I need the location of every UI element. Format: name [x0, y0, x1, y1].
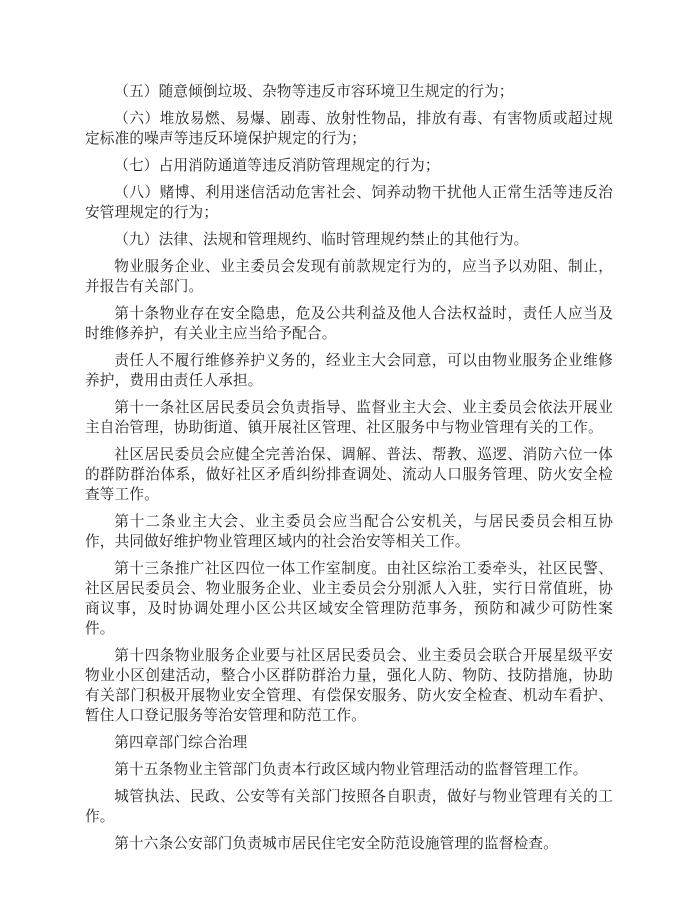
paragraph: 第十五条物业主管部门负责本行政区域内物业管理活动的监督管理工作。 [85, 760, 613, 780]
paragraph: 第十四条物业服务企业要与社区居民委员会、业主委员会联合开展星级平安物业小区创建活… [85, 646, 613, 726]
paragraph: （五）随意倾倒垃圾、杂物等违反市容环境卫生规定的行为； [85, 82, 613, 102]
paragraph: （七）占用消防通道等违反消防管理规定的行为； [85, 156, 613, 176]
paragraph: （九）法律、法规和管理规约、临时管理规约禁止的其他行为。 [85, 230, 613, 250]
paragraph: 第十二条业主大会、业主委员会应当配合公安机关，与居民委员会相互协作，共同做好维护… [85, 512, 613, 552]
paragraph: 城管执法、民政、公安等有关部门按照各自职责，做好与物业管理有关的工作。 [85, 787, 613, 827]
document-body: （五）随意倾倒垃圾、杂物等违反市容环境卫生规定的行为； （六）堆放易燃、易爆、剧… [85, 82, 613, 854]
paragraph: （八）赌博、利用迷信活动危害社会、饲养动物干扰他人正常生活等违反治安管理规定的行… [85, 183, 613, 223]
paragraph: 社区居民委员会应健全完善治保、调解、普法、帮教、巡逻、消防六位一体的群防群治体系… [85, 445, 613, 505]
paragraph: 责任人不履行维修养护义务的，经业主大会同意，可以由物业服务企业维修养护，费用由责… [85, 351, 613, 391]
paragraph: 第四章部门综合治理 [85, 733, 613, 753]
paragraph: （六）堆放易燃、易爆、剧毒、放射性物品，排放有毒、有害物质或超过规定标准的噪声等… [85, 109, 613, 149]
paragraph: 物业服务企业、业主委员会发现有前款规定行为的，应当予以劝阻、制止，并报告有关部门… [85, 257, 613, 297]
paragraph: 第十三条推广社区四位一体工作室制度。由社区综治工委牵头，社区民警、社区居民委员会… [85, 559, 613, 639]
paragraph: 第十条物业存在安全隐患，危及公共利益及他人合法权益时，责任人应当及时维修养护，有… [85, 304, 613, 344]
document-page: （五）随意倾倒垃圾、杂物等违反市容环境卫生规定的行为； （六）堆放易燃、易爆、剧… [0, 0, 700, 905]
paragraph: 第十一条社区居民委员会负责指导、监督业主大会、业主委员会依法开展业主自治管理，协… [85, 398, 613, 438]
paragraph: 第十六条公安部门负责城市居民住宅安全防范设施管理的监督检查。 [85, 834, 613, 854]
